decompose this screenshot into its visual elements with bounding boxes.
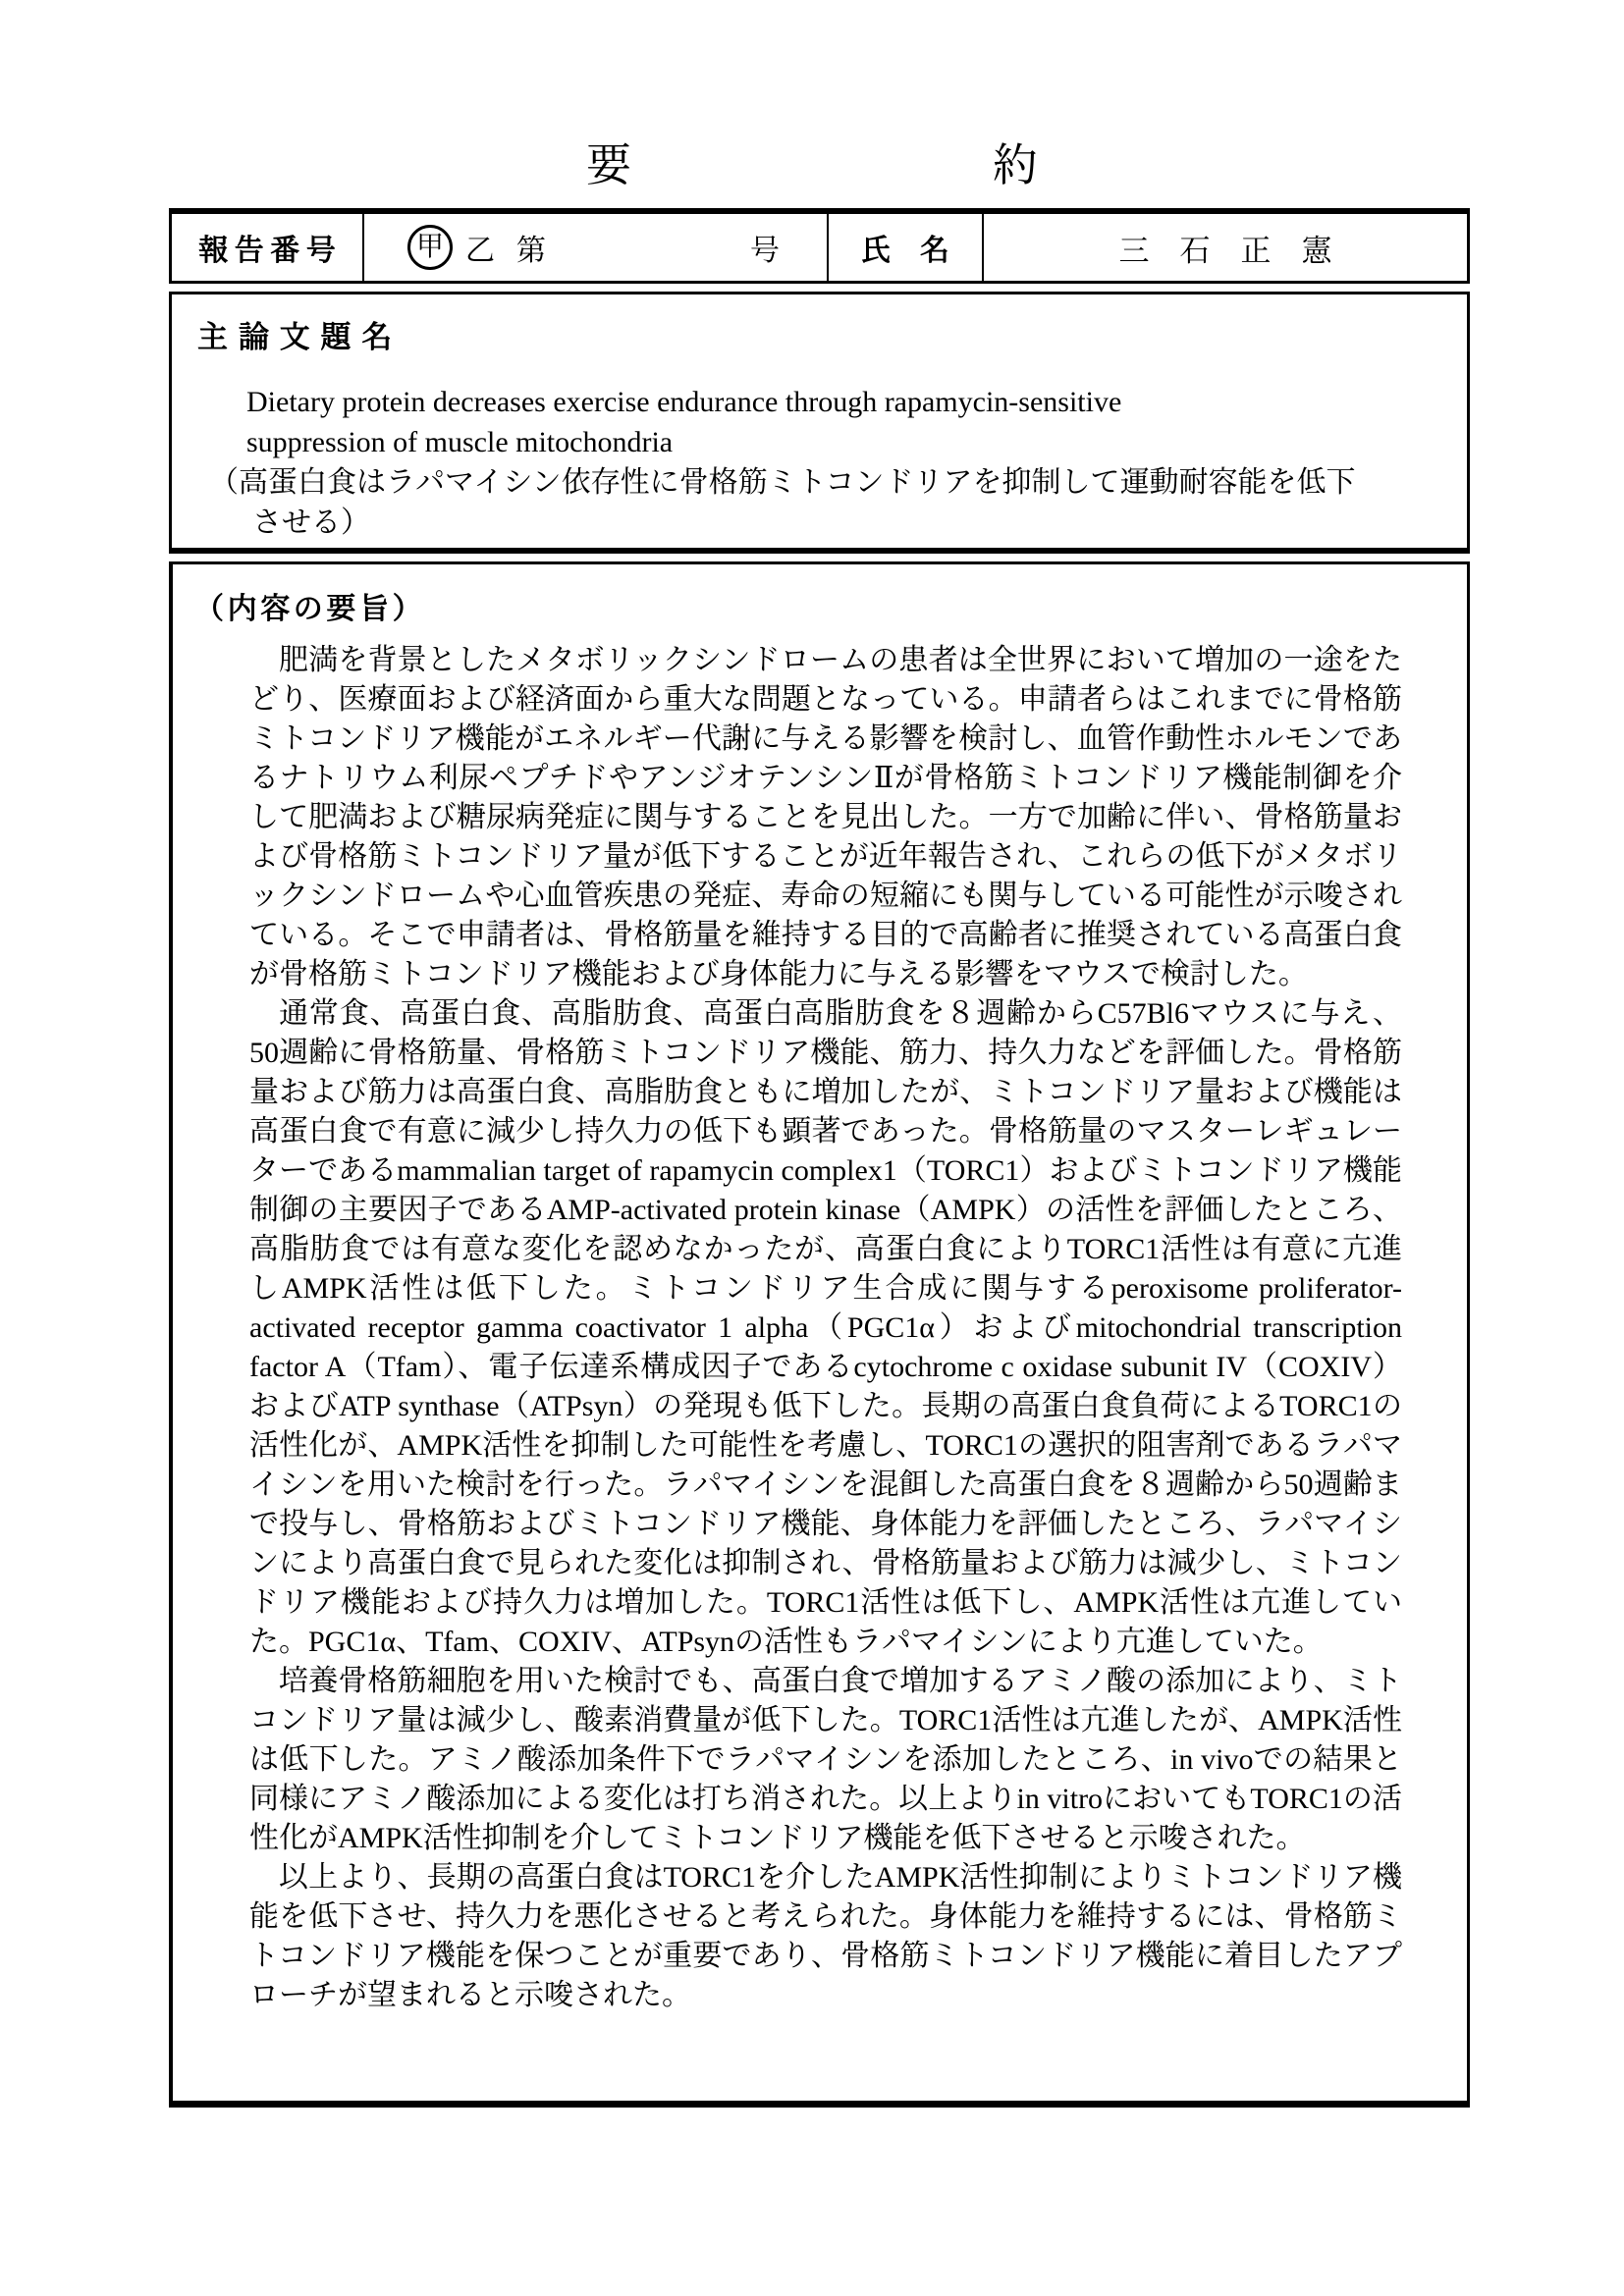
thesis-title-lines: Dietary protein decreases exercise endur…	[172, 382, 1467, 543]
content-column: 報告番号 甲 乙 第 号 氏 名 三 石 正 憲 主論文題名 Dietary p…	[169, 208, 1470, 2108]
abstract-text: 肥満を背景としたメタボリックシンドロームの患者は全世界において増加の一途をたどり…	[173, 641, 1467, 2015]
page-title-char-1: 要	[586, 143, 631, 188]
report-number-label: 報告番号	[172, 214, 364, 281]
report-number-cell: 甲 乙 第 号	[364, 214, 829, 281]
abstract-paragraph-3: 培養骨格筋細胞を用いた検討でも、高蛋白食で増加するアミノ酸の添加により、ミトコン…	[173, 1662, 1467, 1858]
report-number-prefix: 第	[516, 226, 546, 269]
abstract-paragraph-1: 肥満を背景としたメタボリックシンドロームの患者は全世界において増加の一途をたどり…	[173, 641, 1467, 994]
thesis-title-heading: 主論文題名	[197, 312, 1467, 356]
report-number-suffix: 号	[750, 226, 780, 269]
thesis-title-ja-line2: させる）	[172, 503, 1467, 543]
page-title-char-2: 約	[993, 143, 1038, 188]
abstract-paragraph-4: 以上より、長期の高蛋白食はTORC1を介したAMPK活性抑制によりミトコンドリア…	[173, 1858, 1467, 2015]
abstract-paragraph-2: 通常食、高蛋白食、高脂肪食、高蛋白高脂肪食を８週齢からC57Bl6マウスに与え、…	[173, 994, 1467, 1662]
name-value: 三 石 正 憲	[984, 214, 1467, 281]
document-page: 要 約 報告番号 甲 乙 第 号 氏 名 三 石 正 憲 主論文題名 Dieta…	[0, 0, 1624, 2296]
header-table: 報告番号 甲 乙 第 号 氏 名 三 石 正 憲	[169, 208, 1470, 284]
thesis-title-box: 主論文題名 Dietary protein decreases exercise…	[169, 292, 1470, 554]
circled-kou-mark: 甲	[407, 225, 453, 270]
name-label: 氏 名	[829, 214, 984, 281]
otsu-option: 乙	[465, 226, 495, 269]
thesis-title-en-line2: suppression of muscle mitochondria	[172, 422, 1467, 462]
abstract-heading: （内容の要旨）	[194, 584, 1467, 627]
thesis-title-en-line1: Dietary protein decreases exercise endur…	[172, 382, 1467, 422]
thesis-title-ja-line1: （高蛋白食はラパマイシン依存性に骨格筋ミトコンドリアを抑制して運動耐容能を低下	[172, 462, 1467, 503]
abstract-box: （内容の要旨） 肥満を背景としたメタボリックシンドロームの患者は全世界において増…	[169, 561, 1470, 2108]
page-title: 要 約	[0, 143, 1624, 188]
